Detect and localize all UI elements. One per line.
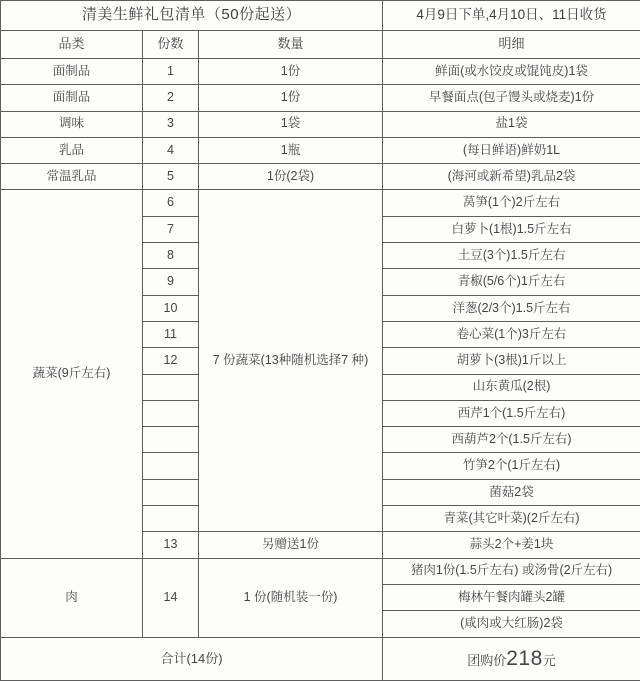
detail-cell: 西葫芦2个(1.5斤左右)	[383, 427, 640, 453]
portion-number-cell-empty	[143, 400, 199, 426]
detail-cell: 土豆(3个)1.5斤左右	[383, 243, 640, 269]
col-header-category: 品类	[1, 31, 143, 59]
category-cell: 面制品	[1, 85, 143, 111]
detail-cell: 竹笋2个(1斤左右)	[383, 453, 640, 479]
portion-number-cell-empty	[143, 453, 199, 479]
portion-number-cell: 2	[143, 85, 199, 111]
gift-package-table: 清美生鲜礼包清单（50份起送） 4月9日下单,4月10日、11日收货 品类 份数…	[0, 0, 640, 681]
detail-cell: 胡萝卜(3根)1斤以上	[383, 348, 640, 374]
quantity-cell-bonus: 另赠送1份	[199, 532, 383, 558]
detail-cell: 西芹1个(1.5斤左右)	[383, 400, 640, 426]
detail-cell: 梅林午餐肉罐头2罐	[383, 584, 640, 610]
table-row: 面制品 1 1份 鲜面(或水饺皮或馄饨皮)1袋	[1, 59, 640, 85]
detail-cell: 青菜(其它叶菜)(2斤左右)	[383, 506, 640, 532]
portion-number-cell: 3	[143, 111, 199, 137]
col-header-quantity: 数量	[199, 31, 383, 59]
detail-cell: (海河或新希望)乳品2袋	[383, 164, 640, 190]
total-row: 合计(14份) 团购价218元	[1, 637, 640, 680]
category-cell: 调味	[1, 111, 143, 137]
table-row: 肉 14 1 份(随机装一份) 猪肉1份(1.5斤左右) 或汤骨(2斤左右)	[1, 558, 640, 584]
detail-cell: 鲜面(或水饺皮或馄饨皮)1袋	[383, 59, 640, 85]
col-header-portions: 份数	[143, 31, 199, 59]
portion-number-cell: 11	[143, 321, 199, 347]
portion-number-cell: 1	[143, 59, 199, 85]
detail-cell: 卷心菜(1个)3斤左右	[383, 321, 640, 347]
category-cell: 常温乳品	[1, 164, 143, 190]
quantity-cell: 1袋	[199, 111, 383, 137]
col-header-detail: 明细	[383, 31, 640, 59]
detail-cell: 猪肉1份(1.5斤左右) 或汤骨(2斤左右)	[383, 558, 640, 584]
title-row: 清美生鲜礼包清单（50份起送） 4月9日下单,4月10日、11日收货	[1, 1, 640, 31]
category-cell-meat: 肉	[1, 558, 143, 637]
delivery-note: 4月9日下单,4月10日、11日收货	[383, 1, 640, 31]
detail-cell: 莴笋(1个)2斤左右	[383, 190, 640, 216]
quantity-cell-vegetables: 7 份蔬菜(13种随机选择7 种)	[199, 190, 383, 532]
table-row: 乳品 4 1瓶 (每日鲜语)鲜奶1L	[1, 137, 640, 163]
detail-cell: 早餐面点(包子馒头或烧麦)1份	[383, 85, 640, 111]
detail-cell: (咸肉或大红肠)2袋	[383, 611, 640, 637]
detail-cell: 菌菇2袋	[383, 479, 640, 505]
header-row: 品类 份数 数量 明细	[1, 31, 640, 59]
detail-cell: 山东黄瓜(2根)	[383, 374, 640, 400]
category-cell: 面制品	[1, 59, 143, 85]
portion-number-cell: 4	[143, 137, 199, 163]
category-cell: 乳品	[1, 137, 143, 163]
portion-number-cell: 10	[143, 295, 199, 321]
portion-number-cell: 13	[143, 532, 199, 558]
quantity-cell: 1份(2袋)	[199, 164, 383, 190]
category-cell-vegetables: 蔬菜(9斤左右)	[1, 190, 143, 558]
portion-number-cell: 9	[143, 269, 199, 295]
group-price: 团购价218元	[383, 637, 640, 680]
quantity-cell: 1份	[199, 59, 383, 85]
quantity-cell: 1瓶	[199, 137, 383, 163]
portion-number-cell: 14	[143, 558, 199, 637]
price-suffix: 元	[543, 653, 556, 668]
detail-cell: 青椒(5/6个)1斤左右	[383, 269, 640, 295]
detail-cell: 盐1袋	[383, 111, 640, 137]
portion-number-cell-empty	[143, 479, 199, 505]
portion-number-cell: 12	[143, 348, 199, 374]
portion-number-cell: 5	[143, 164, 199, 190]
page-title: 清美生鲜礼包清单（50份起送）	[1, 1, 383, 31]
portion-number-cell-empty	[143, 374, 199, 400]
total-label: 合计(14份)	[1, 637, 383, 680]
table-row: 调味 3 1袋 盐1袋	[1, 111, 640, 137]
quantity-cell: 1份	[199, 85, 383, 111]
portion-number-cell-empty	[143, 427, 199, 453]
table-row: 面制品 2 1份 早餐面点(包子馒头或烧麦)1份	[1, 85, 640, 111]
price-value: 218	[506, 647, 543, 670]
portion-number-cell: 8	[143, 243, 199, 269]
quantity-cell-meat: 1 份(随机装一份)	[199, 558, 383, 637]
detail-cell: 白萝卜(1根)1.5斤左右	[383, 216, 640, 242]
detail-cell: 洋葱(2/3个)1.5斤左右	[383, 295, 640, 321]
table-row: 蔬菜(9斤左右) 6 7 份蔬菜(13种随机选择7 种) 莴笋(1个)2斤左右	[1, 190, 640, 216]
portion-number-cell: 6	[143, 190, 199, 216]
portion-number-cell-empty	[143, 506, 199, 532]
detail-cell: (每日鲜语)鲜奶1L	[383, 137, 640, 163]
detail-cell: 蒜头2个+姜1块	[383, 532, 640, 558]
portion-number-cell: 7	[143, 216, 199, 242]
price-prefix: 团购价	[467, 653, 506, 668]
table-row: 常温乳品 5 1份(2袋) (海河或新希望)乳品2袋	[1, 164, 640, 190]
